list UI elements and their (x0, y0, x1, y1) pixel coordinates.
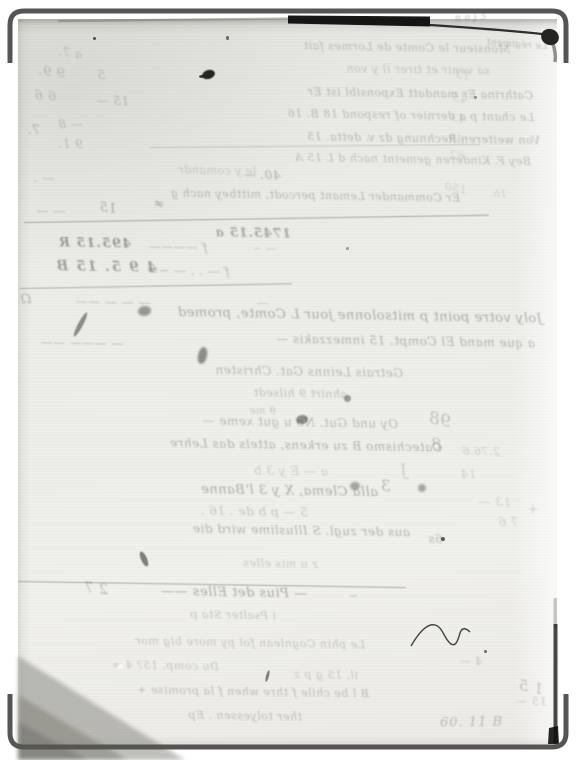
script-line: — Pius det Elles —— (127, 584, 307, 601)
script-line: 15 — (516, 696, 547, 708)
script-line: 45 (451, 92, 468, 106)
ink-mark (346, 247, 349, 250)
script-line: Bey F. Kinderen gemeint nach d L 15 A (305, 152, 531, 167)
script-line: 13 (454, 69, 471, 83)
ink-mark (118, 664, 123, 669)
ink-mark (418, 484, 426, 492)
script-line: n o j 5 (455, 13, 487, 24)
script-line: a que mand El Compt. 15 inmezzakis — (155, 331, 535, 350)
script-line: 7 6 (498, 516, 519, 529)
script-line: ≠ (153, 198, 165, 212)
ink-mark (226, 36, 229, 40)
script-line: 5 — p b de . 16 . (143, 504, 308, 519)
ink-mark (484, 650, 487, 653)
script-line: 62 (448, 149, 465, 163)
script-line: 6 6 (34, 89, 57, 104)
script-line: a 7. (57, 45, 83, 61)
ruled-line (150, 144, 480, 148)
script-line: Catechismo B zu erkens, attels das Lehre (142, 436, 442, 454)
script-line: 98 (426, 410, 452, 432)
script-line: 43 (449, 112, 466, 126)
script-line: 3 (379, 477, 392, 495)
script-line: f — . . — ~≈ (148, 264, 229, 278)
ink-mark (93, 37, 96, 40)
script-line: 9 9. (37, 65, 65, 81)
script-line: f ———— (148, 240, 207, 254)
ink-mark (344, 395, 351, 402)
script-line: 13 — (478, 496, 511, 509)
script-line: ~ (348, 590, 360, 604)
script-line: Cathrina Er mandatt Exponsibl ist Er (295, 86, 533, 102)
script-line: aus der zugl. S Illuslime wird die (140, 522, 410, 539)
ink-mark (199, 75, 204, 78)
script-line: ther tolyessen . Ep (137, 709, 302, 723)
script-line: alla Clema, X y 3 l'Banne (138, 482, 378, 500)
script-line: 1745.15 a (215, 226, 291, 241)
script-line: 2.76.6 (462, 446, 500, 458)
script-line: Oy und Gut. No u gut xeme — (163, 414, 398, 431)
ruled-line (20, 283, 292, 289)
bleedthrough-script-layer: n o j 5Monsieur le Comte de Lormes faitL… (0, 0, 576, 760)
script-line: Le chant p a dernier of respond 18 B. 16 (288, 108, 534, 124)
script-line: — 8 (58, 118, 83, 131)
script-line: Le phin Cognlean fol py more big mor (95, 635, 365, 651)
scanned-manuscript-view: n o j 5Monsieur le Comte de Lormes faitL… (0, 0, 576, 760)
script-line: 40. — (243, 169, 281, 182)
ink-mark (196, 346, 208, 364)
script-line: 5 (97, 69, 105, 82)
script-line: 15 (98, 201, 117, 216)
script-line: 4 9 5. 15 B (55, 259, 157, 275)
script-line: 4 — (459, 656, 482, 668)
script-line: Du comp. 15? 4 ≈ (89, 659, 219, 673)
script-line: Getrais Leinns Gat. Christen (153, 363, 403, 380)
script-line: ahnirt 9 hilsedt (242, 387, 347, 400)
script-line: 9 1. (58, 138, 83, 151)
script-line: — — (36, 205, 66, 218)
script-line: Monsieur le Comte de Lormes fait (295, 40, 510, 55)
script-line: — ~ (252, 243, 277, 255)
script-line: 7. (27, 124, 41, 138)
script-line: z u mis elles (208, 557, 318, 570)
script-line: a — E y 3 b (128, 462, 328, 478)
ink-mark (474, 96, 477, 99)
script-line: Joly votre point p mitsolonne jour L Com… (22, 303, 542, 326)
ink-mark (441, 537, 445, 541)
script-line: i Psalter Sta p (116, 608, 276, 622)
script-line: — ——— —— (40, 336, 124, 350)
script-line: 14 (460, 468, 476, 481)
script-line: 60. 11 B (440, 715, 503, 730)
script-line: — . (33, 172, 54, 185)
script-line: Er Commander Lemant percodt, mittbey nac… (158, 187, 460, 204)
script-line: 495.15 R (58, 236, 131, 251)
script-line: + (527, 503, 539, 517)
script-line: 15 — (96, 95, 129, 108)
ink-mark (138, 550, 150, 567)
ruled-line (24, 215, 489, 224)
script-line: 1h. (489, 190, 507, 201)
script-line: J (399, 462, 408, 480)
script-line: B l be chile f thre when f la promise + (97, 684, 369, 700)
